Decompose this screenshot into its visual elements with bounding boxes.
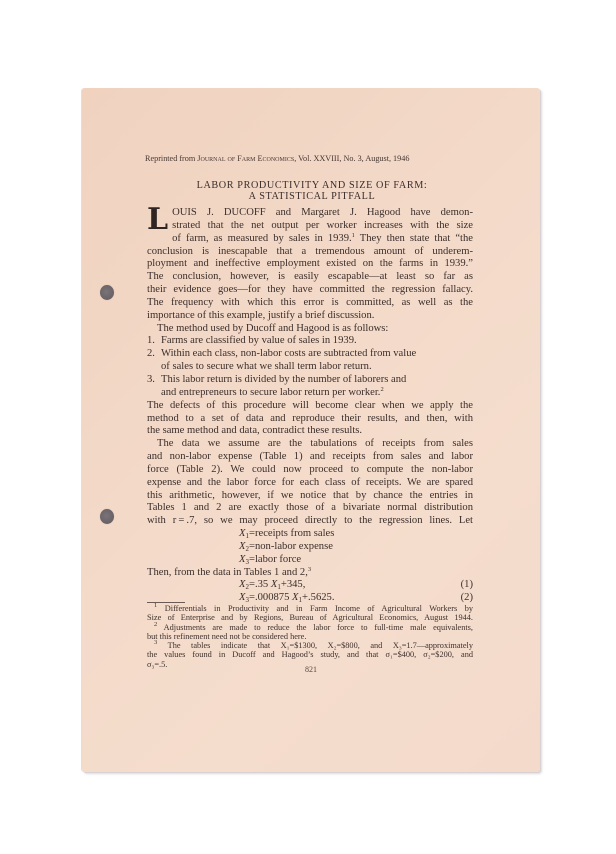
reprint-volume: , Vol. XXVIII, No. 3, August, 1946 (294, 154, 409, 163)
paragraph-3: The defects of this procedure will becom… (147, 400, 473, 439)
journal-name: Journal of Farm Economics (197, 154, 294, 163)
drop-cap: L (147, 208, 168, 234)
body-line: their evidence goes—for they have commit… (147, 284, 473, 297)
equations: X2=.35 X1+345, (1) X3=.000875 X1+.5625. … (147, 579, 473, 605)
then-line: Then, from the data in Tables 1 and 2,3 (147, 567, 473, 580)
punch-hole-bottom (100, 509, 114, 524)
body-line: expense and the labor force for each cla… (147, 477, 473, 490)
definition: X2=non-labor expense (147, 541, 473, 554)
body-line: method to a set of data and reproduce th… (147, 413, 473, 426)
body-line: The defects of this procedure will becom… (147, 400, 473, 413)
method-list: 1.Farms are classified by value of sales… (147, 335, 473, 399)
body-line: conclusion is inescapable that a tremend… (147, 246, 473, 259)
page-number: 821 (82, 665, 540, 674)
body-line: of farm, as measured by sales in 1939.1 … (147, 233, 473, 246)
footnote-2: 2 Adjustments are made to reduce the lab… (147, 623, 473, 642)
body-line: The data we assume are the tabulations o… (147, 438, 473, 451)
body-line: Tables 1 and 2 are exactly those of a bi… (147, 502, 473, 515)
footnote-ref: 2 (380, 386, 383, 393)
list-item: 3.This labor return is divided by the nu… (147, 374, 473, 387)
footnotes: 1 Differentials in Productivity and in F… (147, 604, 473, 669)
body-line: OUIS J. DUCOFF and Margaret J. Hagood ha… (147, 207, 473, 220)
body-line: ployment and ineffective employment exis… (147, 258, 473, 271)
title-line-2: A STATISTICAL PITFALL (147, 191, 477, 202)
body-line: with r = .7, so we may proceed directly … (147, 515, 473, 528)
list-item: 2.Within each class, non-labor costs are… (147, 348, 473, 361)
article-body: L OUIS J. DUCOFF and Margaret J. Hagood … (147, 207, 473, 605)
paragraph-4: The data we assume are the tabulations o… (147, 438, 473, 528)
footnote-ref: 3 (308, 566, 311, 573)
body-line: the same method and data, contradict the… (147, 425, 473, 438)
footnote-1: 1 Differentials in Productivity and in F… (147, 604, 473, 623)
list-item-continuation: and entrepreneurs to secure labor return… (147, 387, 473, 400)
body-line: The conclusion, however, is easily escap… (147, 271, 473, 284)
article-title: LABOR PRODUCTIVITY AND SIZE OF FARM: A S… (147, 180, 477, 202)
body-line: force (Table 2). We could now proceed to… (147, 464, 473, 477)
body-line: this arithmetic, however, if we notice t… (147, 490, 473, 503)
footnote-divider (147, 602, 185, 603)
body-line: strated that the net output per worker i… (147, 220, 473, 233)
definition: X1=receipts from sales (147, 528, 473, 541)
variable-definitions: X1=receipts from sales X2=non-labor expe… (147, 528, 473, 567)
list-item-continuation: of sales to secure what we shall term la… (147, 361, 473, 374)
document-page: Reprinted from Journal of Farm Economics… (82, 88, 540, 772)
paragraph-2: The method used by Ducoff and Hagood is … (147, 323, 473, 336)
paragraph-1: L OUIS J. DUCOFF and Margaret J. Hagood … (147, 207, 473, 323)
body-line: importance of this example, justify a br… (147, 310, 473, 323)
reprint-header: Reprinted from Journal of Farm Economics… (145, 154, 475, 163)
title-line-1: LABOR PRODUCTIVITY AND SIZE OF FARM: (147, 180, 477, 191)
reprint-prefix: Reprinted from (145, 154, 195, 163)
punch-hole-top (100, 285, 114, 300)
equation-number: (1) (461, 579, 473, 592)
body-line: and non-labor expense (Table 1) and rece… (147, 451, 473, 464)
list-item: 1.Farms are classified by value of sales… (147, 335, 473, 348)
equation-1: X2=.35 X1+345, (1) (147, 579, 473, 592)
body-line: The frequency with which this error is c… (147, 297, 473, 310)
